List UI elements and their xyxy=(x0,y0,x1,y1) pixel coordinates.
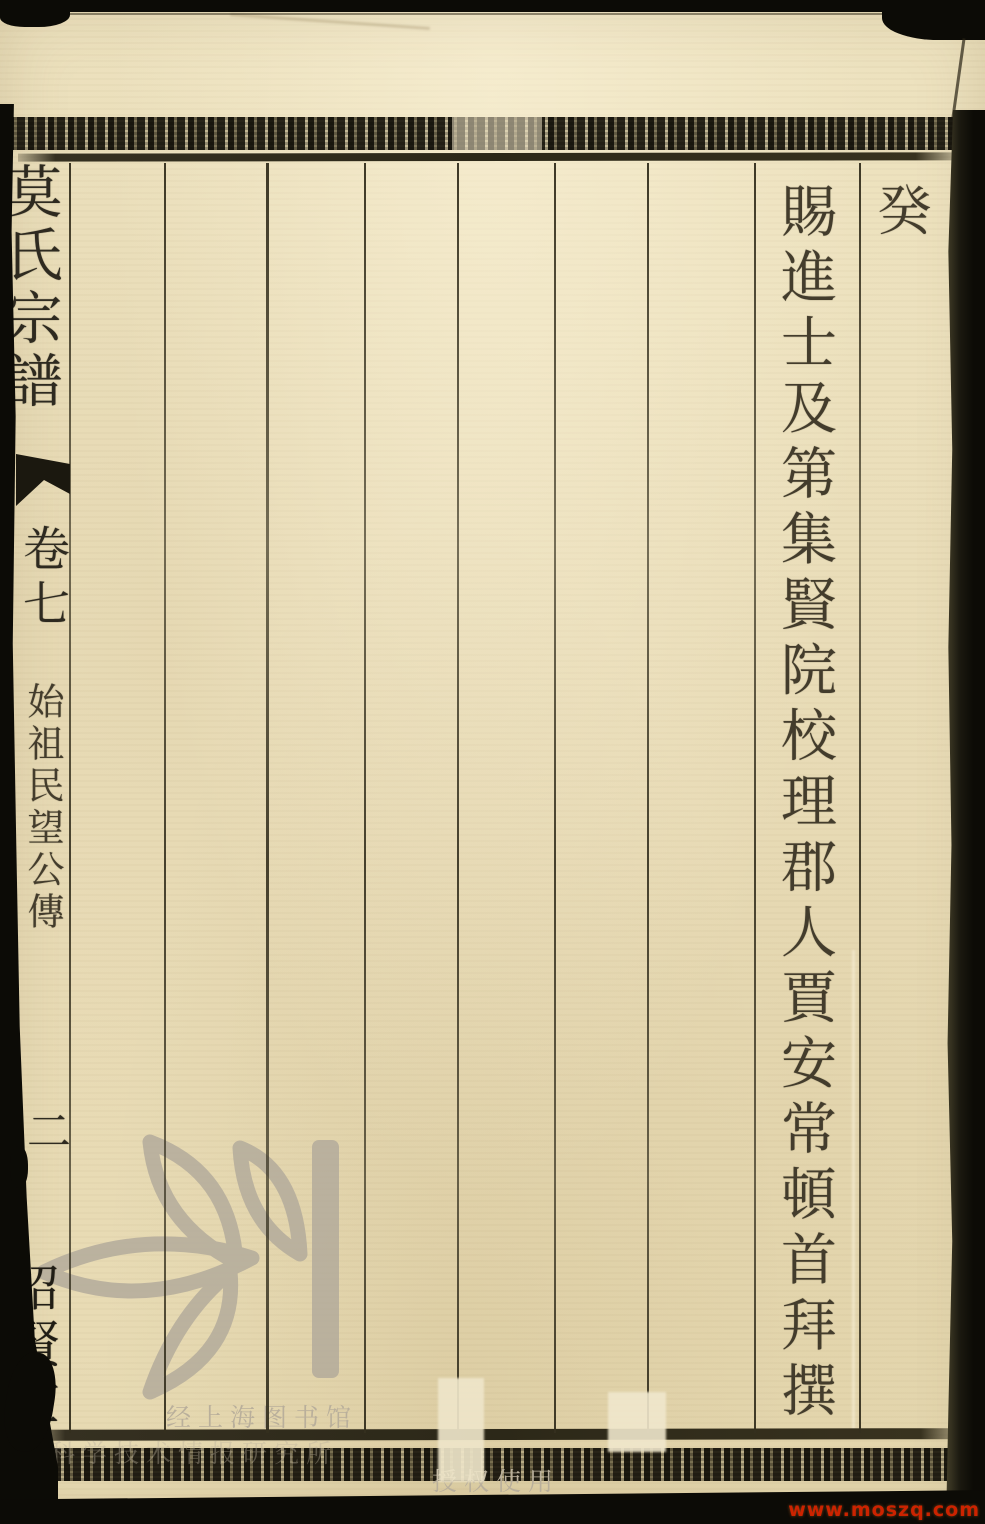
frame-top-border-notch xyxy=(452,117,542,150)
site-url: www.moszq.com xyxy=(788,1499,980,1521)
column-rule xyxy=(364,163,366,1433)
column-rule xyxy=(164,163,166,1433)
column-rule xyxy=(647,163,649,1433)
spine-ink-blob xyxy=(10,1146,28,1188)
frame-left-rule xyxy=(69,163,71,1433)
frame-top-rule xyxy=(18,152,953,161)
corner-character: 癸 xyxy=(873,182,927,236)
section-label: 始祖民望公傳 xyxy=(24,682,61,934)
column-rule xyxy=(266,163,269,1433)
top-left-ink-blob xyxy=(0,0,70,27)
library-leaf-logo-icon xyxy=(38,1118,348,1428)
volume-label: 卷七 xyxy=(19,524,66,634)
top-hairline xyxy=(0,13,985,15)
top-edge-strip xyxy=(0,0,985,12)
column-rule xyxy=(754,163,756,1433)
watermark-credit-line2: 上海科学技术情报研究所 xyxy=(0,1434,426,1470)
paper-crease xyxy=(230,13,430,30)
paper-crease xyxy=(852,950,855,1430)
column-rule xyxy=(457,163,459,1433)
column-rule xyxy=(859,163,861,1433)
paper-tear-patch xyxy=(438,1378,484,1482)
column-rule xyxy=(554,163,556,1433)
top-right-ink-blob xyxy=(882,0,985,40)
scanned-genealogy-page: 经上海图书馆 上海科学技术情报研究所 授权使用 癸 賜進士及第集賢院校理郡人賈安… xyxy=(0,0,985,1524)
frame-right-border xyxy=(946,110,985,1524)
main-text-column: 賜進士及第集賢院校理郡人賈安常頓首拜撰 xyxy=(776,182,832,1427)
page-number: 二 xyxy=(22,1108,66,1152)
paper-tear-patch xyxy=(608,1392,666,1452)
right-tear-line xyxy=(951,38,965,118)
fishtail-mark-icon xyxy=(16,450,72,512)
